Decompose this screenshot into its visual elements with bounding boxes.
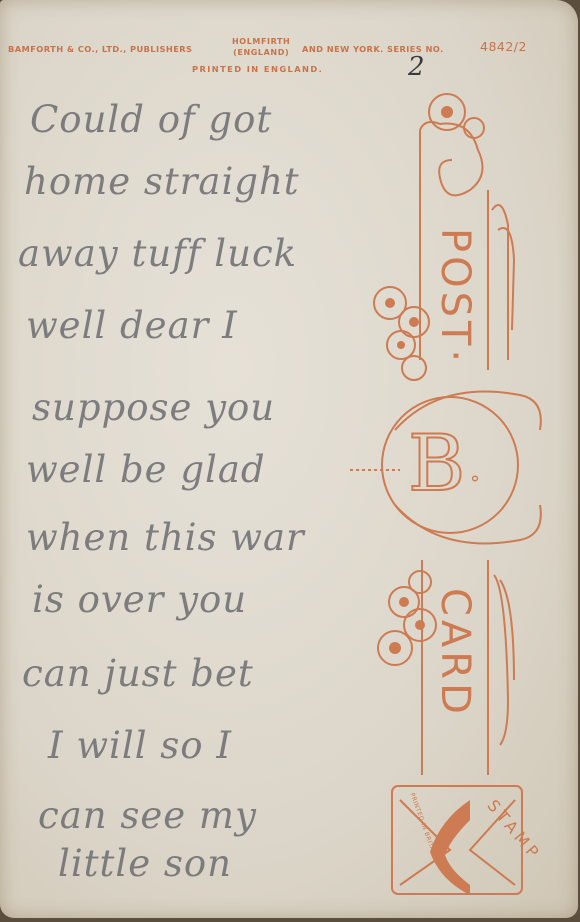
publisher-city-bottom: (ENGLAND): [232, 47, 290, 58]
publisher-name: BAMFORTH & CO., LTD., PUBLISHERS: [8, 44, 192, 54]
post-label: POST·: [432, 228, 478, 366]
publisher-city-top: HOLMFIRTH: [232, 36, 290, 47]
publisher-city: HOLMFIRTH (ENGLAND): [232, 36, 290, 58]
page-number: 2: [408, 52, 425, 82]
printed-in-england: PRINTED IN ENGLAND.: [192, 64, 323, 74]
card-label: CARD: [432, 588, 478, 718]
series-number: 4842/2: [480, 39, 527, 54]
